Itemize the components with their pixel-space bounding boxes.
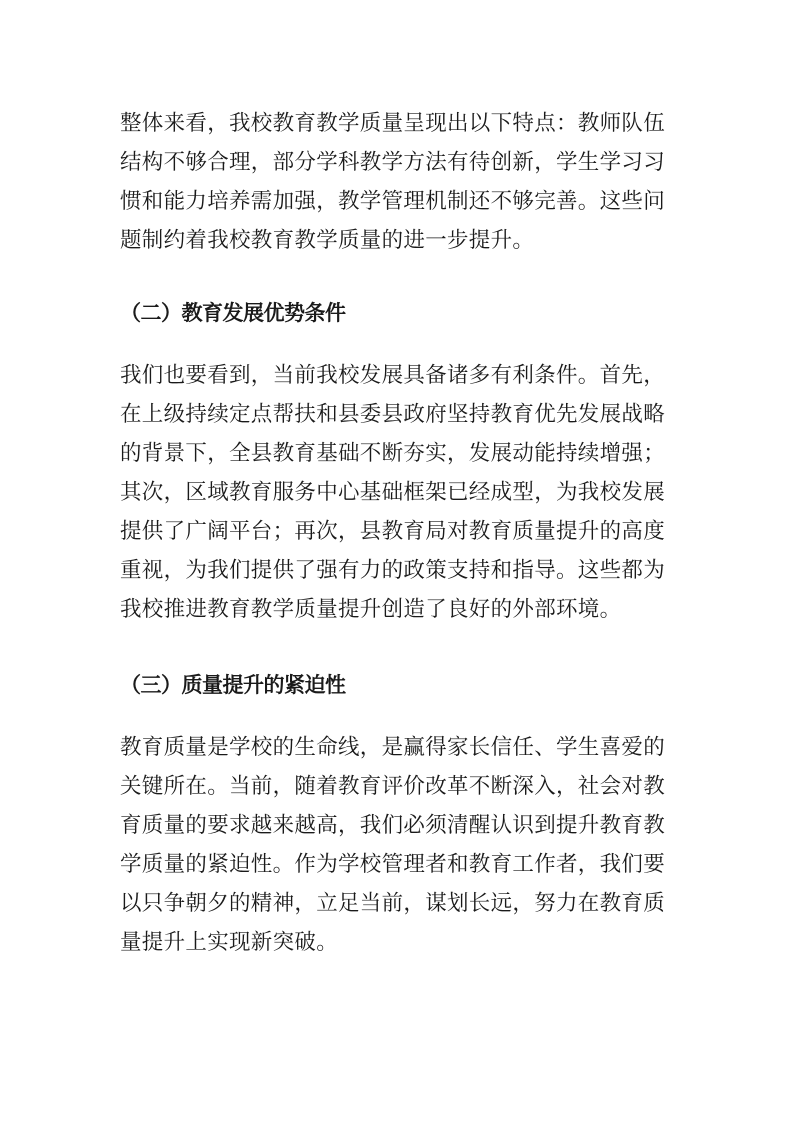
text-line: 关键所在。当前，随着教育评价改革不断深入，社会对教	[120, 767, 676, 806]
text-line: 学质量的紧迫性。作为学校管理者和教育工作者，我们要	[120, 845, 676, 884]
text-line: 结构不够合理，部分学科教学方法有待创新，学生学习习	[120, 143, 676, 182]
text-line: 在上级持续定点帮扶和县委县政府坚持教育优先发展战略	[120, 395, 676, 434]
text-line: 量提升上实现新突破。	[120, 923, 676, 962]
text-line: 提供了广阔平台；再次，县教育局对教育质量提升的高度	[120, 512, 676, 551]
text-line: 重视，为我们提供了强有力的政策支持和指导。这些都为	[120, 551, 676, 590]
text-line: 整体来看，我校教育教学质量呈现出以下特点：教师队伍	[120, 104, 676, 143]
paragraph-overview: 整体来看，我校教育教学质量呈现出以下特点：教师队伍 结构不够合理，部分学科教学方…	[120, 104, 676, 260]
section-heading-advantages: （二）教育发展优势条件	[120, 294, 346, 333]
text-line: 的背景下，全县教育基础不断夯实，发展动能持续增强；	[120, 434, 676, 473]
section-heading-urgency: （三）质量提升的紧迫性	[120, 666, 346, 705]
text-line: 题制约着我校教育教学质量的进一步提升。	[120, 221, 676, 260]
text-line: 以只争朝夕的精神，立足当前，谋划长远，努力在教育质	[120, 884, 676, 923]
text-line: 惯和能力培养需加强，教学管理机制还不够完善。这些问	[120, 182, 676, 221]
text-line: 育质量的要求越来越高，我们必须清醒认识到提升教育教	[120, 806, 676, 845]
paragraph-urgency: 教育质量是学校的生命线，是赢得家长信任、学生喜爱的 关键所在。当前，随着教育评价…	[120, 728, 676, 962]
paragraph-advantages: 我们也要看到，当前我校发展具备诸多有利条件。首先， 在上级持续定点帮扶和县委县政…	[120, 356, 676, 629]
text-line: 教育质量是学校的生命线，是赢得家长信任、学生喜爱的	[120, 728, 676, 767]
text-line: 我校推进教育教学质量提升创造了良好的外部环境。	[120, 590, 676, 629]
text-line: 其次，区域教育服务中心基础框架已经成型，为我校发展	[120, 473, 676, 512]
text-line: 我们也要看到，当前我校发展具备诸多有利条件。首先，	[120, 356, 676, 395]
